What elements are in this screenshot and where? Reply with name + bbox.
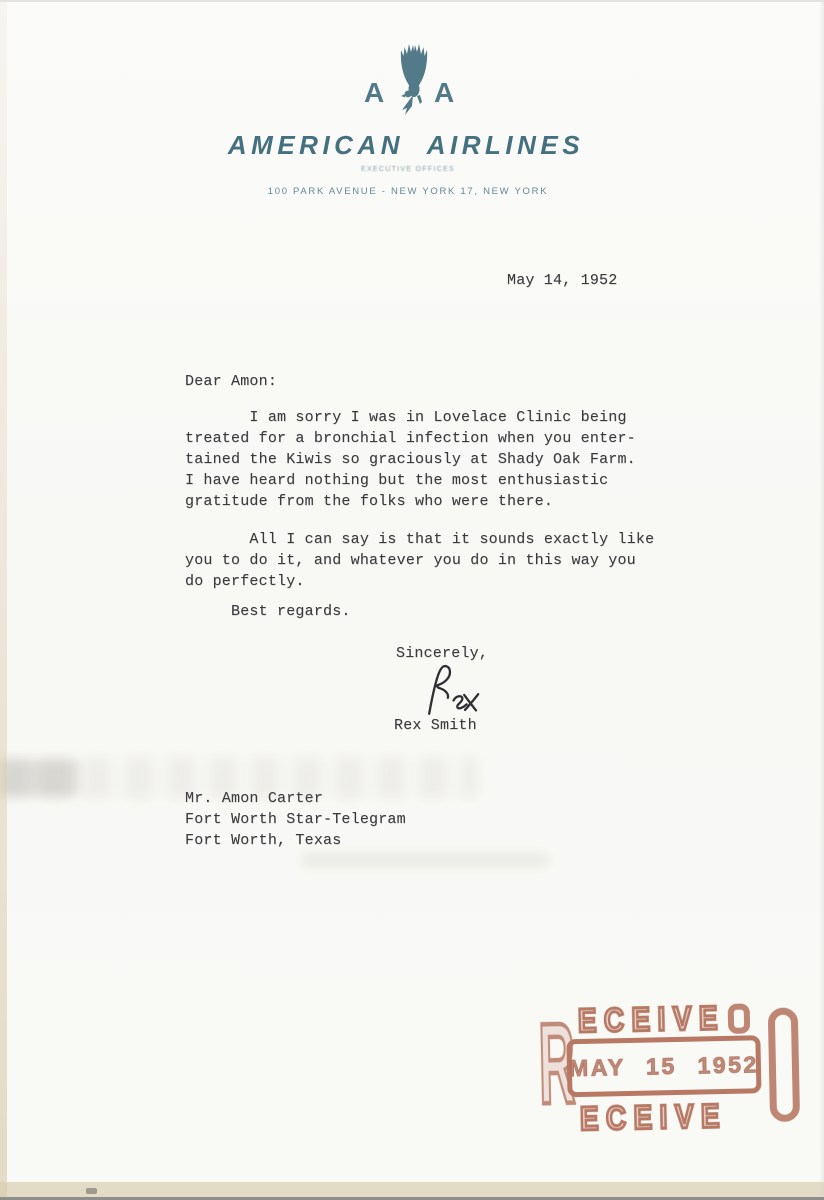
stamp-word-received-bottom: ECEIVE bbox=[580, 1099, 728, 1136]
scanned-letter-page: A A AMERICAN AIRLINES EXECUTIVE OFFICES … bbox=[0, 0, 824, 1200]
logo-letter-a-left: A bbox=[364, 77, 384, 108]
scan-edge-left bbox=[0, 0, 7, 1200]
received-date-stamp: R ECEIVE MAY 15 1952 ECEIVE bbox=[544, 1001, 809, 1138]
letterhead-tagline: EXECUTIVE OFFICES bbox=[0, 166, 820, 173]
stamp-date: MAY 15 1952 bbox=[569, 1051, 759, 1082]
letter-date: May 14, 1952 bbox=[507, 270, 617, 291]
company-name: AMERICAN AIRLINES bbox=[0, 130, 818, 161]
paragraph-2: All I can say is that it sounds exactly … bbox=[185, 529, 654, 592]
stamp-letter-d-tall bbox=[768, 1007, 800, 1122]
stamp-date-box: MAY 15 1952 bbox=[566, 1035, 761, 1097]
logo-letter-a-right: A bbox=[434, 77, 454, 108]
bleed-through-smudge-lower bbox=[300, 852, 550, 868]
salutation: Dear Amon: bbox=[185, 371, 277, 392]
bleed-through-smudge-left bbox=[0, 760, 78, 796]
stamp-letter-d-top bbox=[728, 1003, 751, 1033]
scan-edge-top bbox=[0, 0, 824, 2]
american-airlines-eagle-logo: A A bbox=[352, 42, 476, 118]
handwritten-signature-rex bbox=[419, 660, 508, 722]
scan-edge-right bbox=[819, 0, 824, 1200]
scan-edge-bottom bbox=[0, 1182, 824, 1197]
eagle-icon bbox=[401, 44, 427, 115]
typed-signature-name: Rex Smith bbox=[394, 715, 477, 736]
stamp-word-received-top: ECEIVE bbox=[578, 1001, 726, 1038]
letterhead-address: 100 PARK AVENUE - NEW YORK 17, NEW YORK bbox=[0, 186, 820, 197]
scan-speck bbox=[86, 1188, 97, 1194]
paragraph-1: I am sorry I was in Lovelace Clinic bein… bbox=[185, 407, 636, 512]
closing-line: Best regards. bbox=[185, 601, 351, 622]
